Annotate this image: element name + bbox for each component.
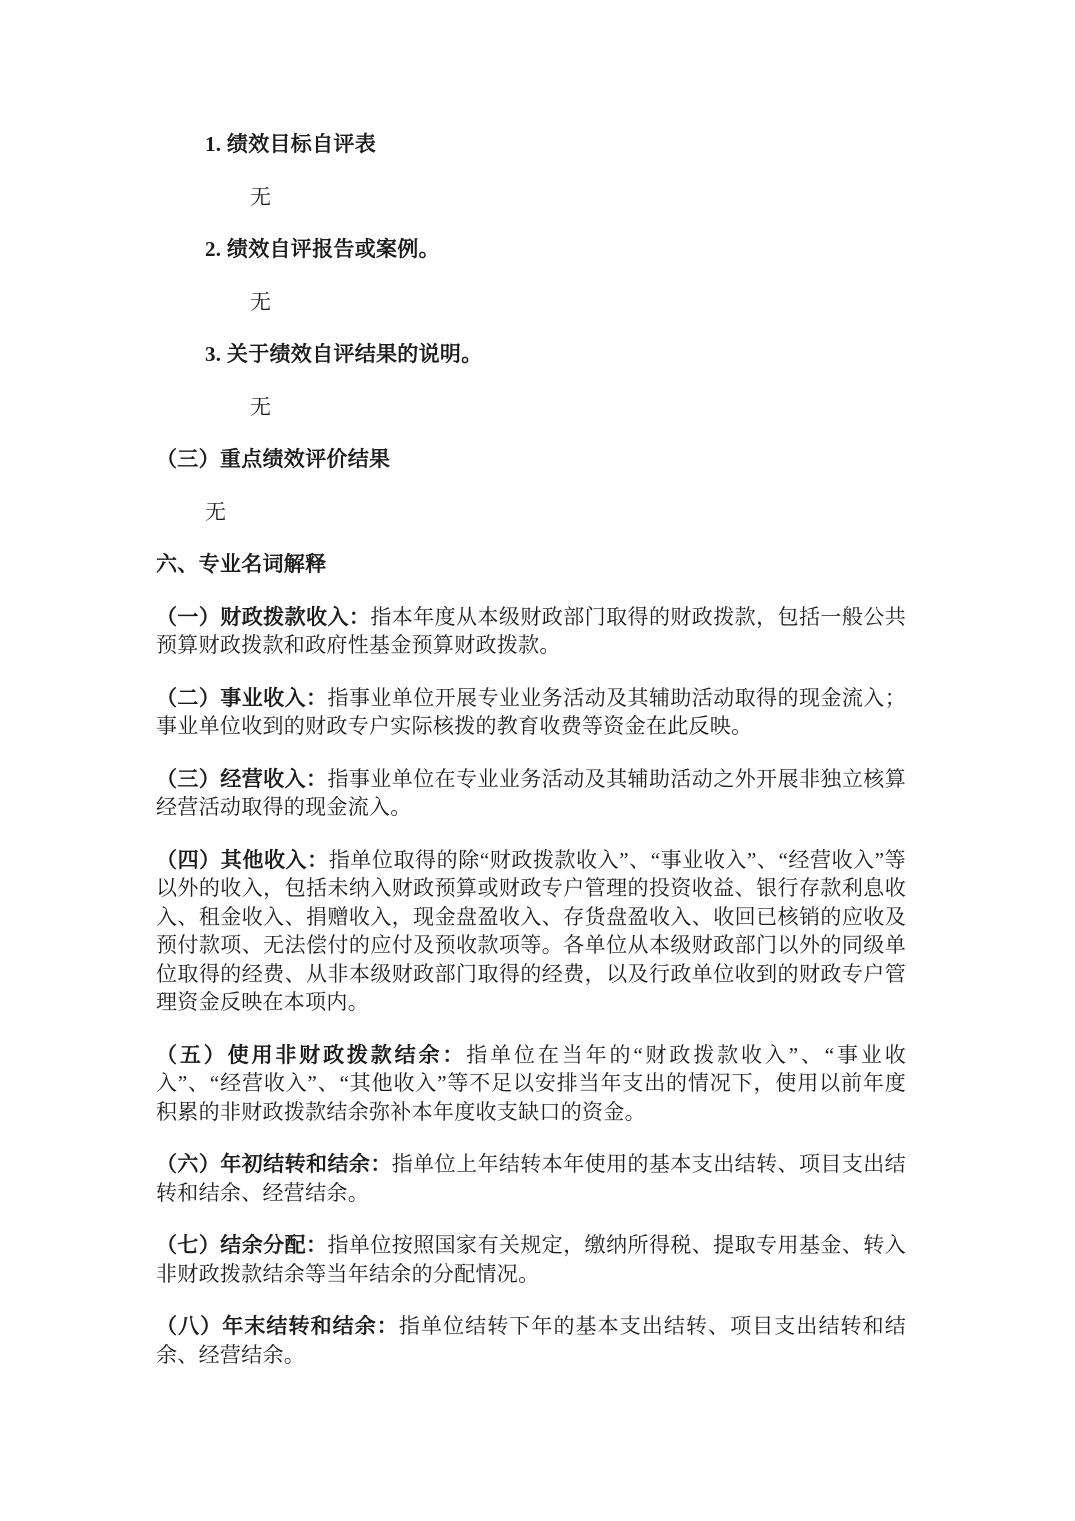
glossary-term: （六）年初结转和结余：	[156, 1152, 392, 1176]
glossary-term: （八）年末结转和结余：	[156, 1314, 399, 1338]
glossary-entry: （四）其他收入：指单位取得的除“财政拨款收入”、“事业收入”、“经营收入”等以外…	[156, 846, 906, 1017]
glossary-term: （一）财政拨款收入：	[156, 605, 370, 629]
glossary-term: （三）经营收入：	[156, 767, 327, 791]
glossary-term: （四）其他收入：	[156, 848, 329, 872]
glossary-term: （五）使用非财政拨款结余：	[156, 1043, 466, 1067]
attachment-item-heading: 1. 绩效目标自评表	[156, 130, 906, 159]
glossary-entry: （二）事业收入：指事业单位开展专业业务活动及其辅助活动取得的现金流入；事业单位收…	[156, 684, 906, 741]
attachment-item-heading: 3. 关于绩效自评结果的说明。	[156, 340, 906, 369]
glossary-section: 六、专业名词解释 （一）财政拨款收入：指本年度从本级财政部门取得的财政拨款，包括…	[156, 550, 906, 1369]
glossary-entry: （七）结余分配：指单位按照国家有关规定，缴纳所得税、提取专用基金、转入非财政拨款…	[156, 1231, 906, 1288]
attachment-item-heading: 2. 绩效自评报告或案例。	[156, 235, 906, 264]
glossary-entry: （八）年末结转和结余：指单位结转下年的基本支出结转、项目支出结转和结余、经营结余…	[156, 1312, 906, 1369]
glossary-entry: （六）年初结转和结余：指单位上年结转本年使用的基本支出结转、项目支出结转和结余、…	[156, 1150, 906, 1207]
key-performance-evaluation-section: （三）重点绩效评价结果 无	[156, 445, 906, 526]
glossary-definition-text: 指单位取得的除“财政拨款收入”、“事业收入”、“经营收入”等以外的收入，包括未纳…	[156, 848, 906, 1015]
attachment-none-value: 无	[156, 183, 906, 212]
glossary-entry: （五）使用非财政拨款结余：指单位在当年的“财政拨款收入”、“事业收入”、“经营收…	[156, 1041, 906, 1127]
self-evaluation-attachments: 1. 绩效目标自评表 无 2. 绩效自评报告或案例。 无 3. 关于绩效自评结果…	[156, 130, 906, 421]
section-heading-key-evaluation: （三）重点绩效评价结果	[156, 445, 906, 474]
attachment-none-value: 无	[156, 393, 906, 422]
key-evaluation-none-value: 无	[156, 498, 906, 527]
document-page: 1. 绩效目标自评表 无 2. 绩效自评报告或案例。 无 3. 关于绩效自评结果…	[0, 0, 1075, 1521]
attachment-none-value: 无	[156, 288, 906, 317]
glossary-entry: （三）经营收入：指事业单位在专业业务活动及其辅助活动之外开展非独立核算经营活动取…	[156, 765, 906, 822]
glossary-term: （七）结余分配：	[156, 1233, 327, 1257]
glossary-entry: （一）财政拨款收入：指本年度从本级财政部门取得的财政拨款，包括一般公共预算财政拨…	[156, 603, 906, 660]
glossary-term: （二）事业收入：	[156, 686, 327, 710]
section-heading-glossary: 六、专业名词解释	[156, 550, 906, 579]
